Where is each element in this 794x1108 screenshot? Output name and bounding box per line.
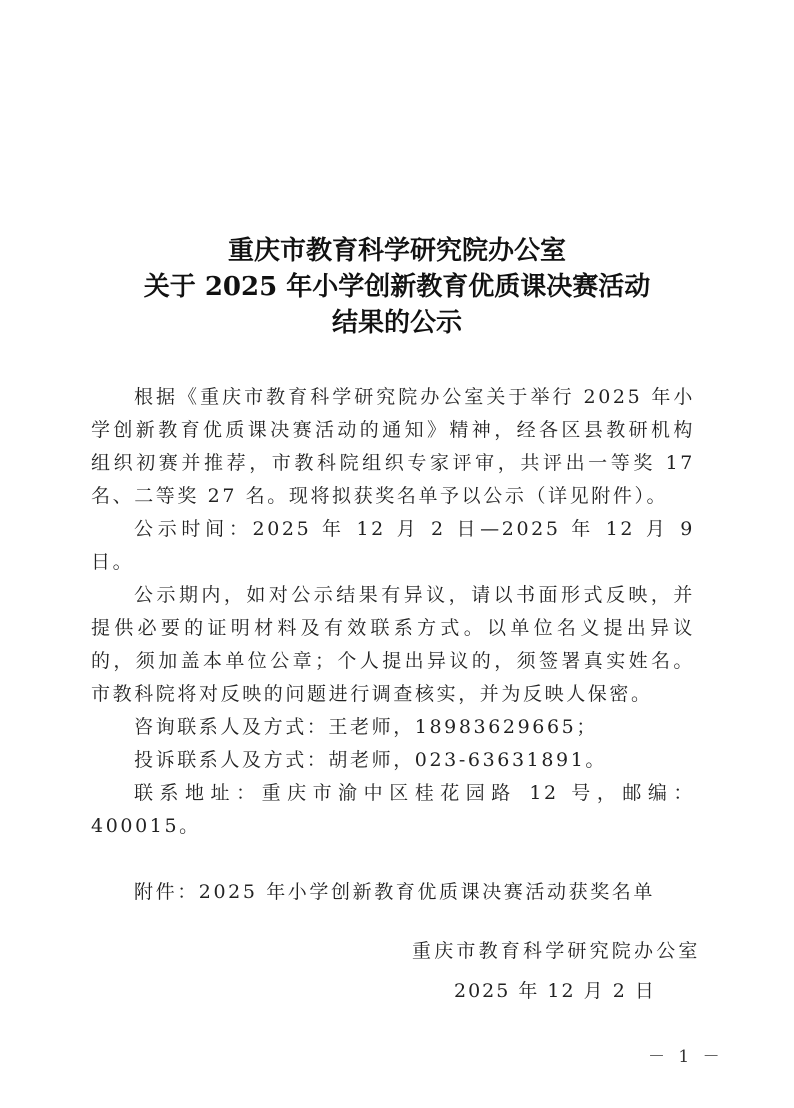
attachment-note: 附件：2025 年小学创新教育优质课决赛活动获奖名单 (91, 876, 695, 909)
signature-date: 2025 年 12 月 2 日 (454, 975, 656, 1008)
paragraph-objection-procedure: 公示期内，如对公示结果有异议，请以书面形式反映，并提供必要的证明材料及有效联系方… (91, 579, 695, 711)
signature-organization: 重庆市教育科学研究院办公室 (412, 935, 701, 968)
paragraph-inquiry-contact: 咨询联系人及方式：王老师，18983629665； (91, 711, 695, 744)
page-number: － 1 － (648, 1046, 724, 1068)
paragraph-address: 联系地址：重庆市渝中区桂花园路 12 号，邮编：400015。 (91, 777, 695, 843)
document-body: 根据《重庆市教育科学研究院办公室关于举行 2025 年小学创新教育优质课决赛活动… (91, 381, 695, 909)
title-line-organization: 重庆市教育科学研究院办公室 (0, 233, 794, 269)
document-page: 重庆市教育科学研究院办公室 关于 2025 年小学创新教育优质课决赛活动 结果的… (0, 0, 794, 1108)
paragraph-intro: 根据《重庆市教育科学研究院办公室关于举行 2025 年小学创新教育优质课决赛活动… (91, 381, 695, 513)
paragraph-notice-period: 公示时间：2025 年 12 月 2 日—2025 年 12 月 9 日。 (91, 513, 695, 579)
document-title: 重庆市教育科学研究院办公室 关于 2025 年小学创新教育优质课决赛活动 结果的… (0, 233, 794, 341)
title-line-notice: 结果的公示 (0, 305, 794, 341)
paragraph-complaint-contact: 投诉联系人及方式：胡老师，023-63631891。 (91, 744, 695, 777)
title-line-subject: 关于 2025 年小学创新教育优质课决赛活动 (0, 269, 794, 305)
